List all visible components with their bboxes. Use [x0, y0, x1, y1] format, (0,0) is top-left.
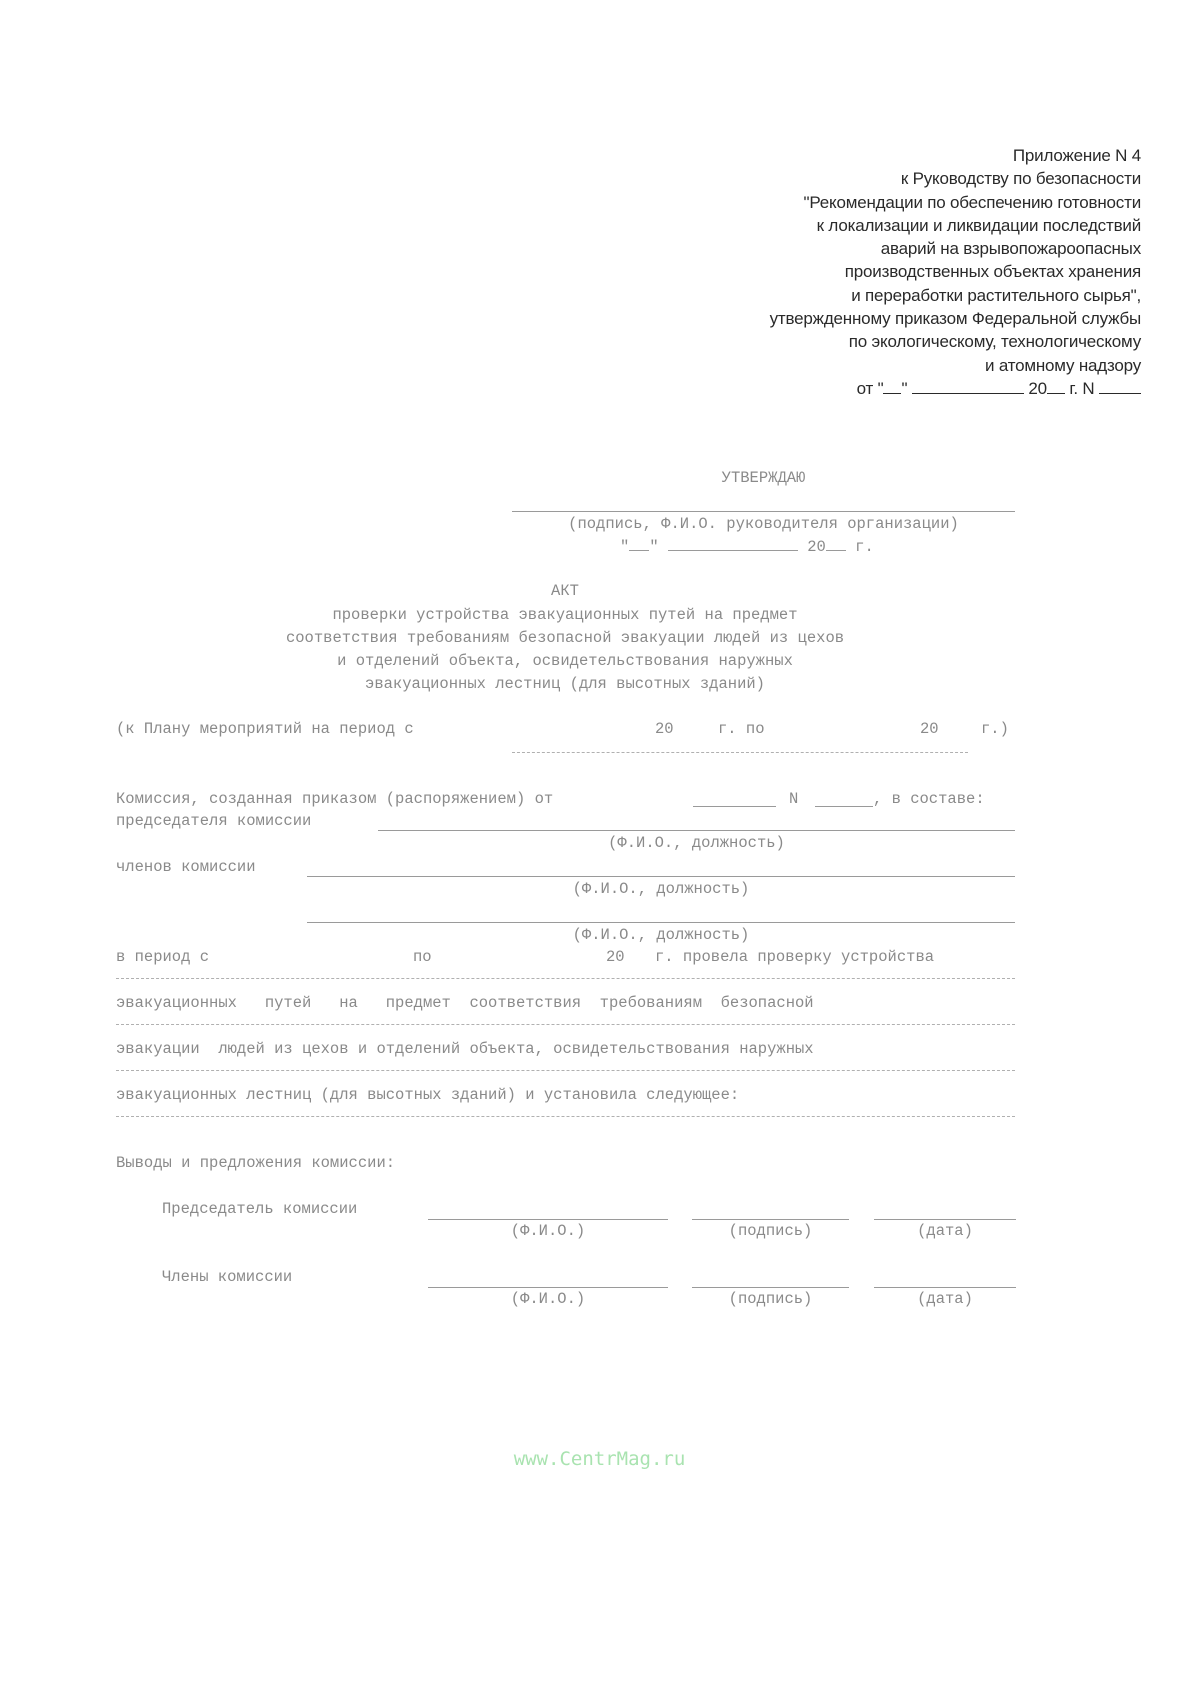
approval-signature-line[interactable] [512, 511, 1015, 512]
act-subtitle-line: и отделений объекта, освидетельствования… [0, 652, 1130, 670]
member-caption-1: (Ф.И.О., должность) [307, 880, 1015, 898]
members-label: членов комиссии [116, 858, 256, 876]
members-signature-label: Члены комиссии [162, 1268, 292, 1286]
member-name-field[interactable] [428, 1287, 668, 1288]
composition-label: , в составе: [873, 790, 985, 808]
name-caption: (Ф.И.О.) [428, 1290, 668, 1308]
dashed-rule [116, 1024, 1015, 1025]
appendix-header: Приложение N 4 к Руководству по безопасн… [581, 144, 1141, 400]
plan-mid: г. по [718, 720, 765, 738]
member-field-2[interactable] [307, 922, 1015, 923]
chairman-label: председателя комиссии [116, 812, 311, 830]
plan-period-field[interactable] [512, 752, 968, 753]
month-blank[interactable] [912, 379, 1024, 394]
period-year: 20 [606, 948, 625, 966]
approval-month-blank[interactable] [668, 538, 798, 551]
approval-title: УТВЕРЖДАЮ [512, 469, 1015, 487]
header-date-line: от "" 20 г. N [581, 377, 1141, 400]
header-line: к локализации и ликвидации последствий [581, 214, 1141, 237]
period-prefix: в период с [116, 948, 209, 966]
year-blank[interactable] [1047, 379, 1065, 394]
act-title: АКТ [0, 582, 1130, 600]
approval-signature-caption: (подпись, Ф.И.О. руководителя организаци… [505, 515, 1022, 533]
member-signature-field[interactable] [692, 1287, 849, 1288]
header-line: и переработки растительного сырья", [581, 284, 1141, 307]
date-caption: (дата) [874, 1222, 1016, 1240]
header-line: Приложение N 4 [581, 144, 1141, 167]
watermark: www.CentrMag.ru [0, 1448, 1199, 1470]
header-line: аварий на взрывопожароопасных [581, 237, 1141, 260]
member-field-1[interactable] [307, 876, 1015, 877]
signature-caption: (подпись) [692, 1222, 849, 1240]
plan-suffix: г.) [981, 720, 1009, 738]
conclusions-label: Выводы и предложения комиссии: [116, 1154, 395, 1172]
period-line-4: эвакуационных лестниц (для высотных здан… [116, 1086, 739, 1104]
dashed-rule [116, 1070, 1015, 1071]
approval-date-line: "" 20 г. [620, 538, 874, 556]
name-caption: (Ф.И.О.) [428, 1222, 668, 1240]
member-date-field[interactable] [874, 1287, 1016, 1288]
header-line: производственных объектах хранения [581, 260, 1141, 283]
chairman-date-field[interactable] [874, 1219, 1016, 1220]
chairman-signature-label: Председатель комиссии [162, 1200, 357, 1218]
member-caption-2: (Ф.И.О., должность) [307, 926, 1015, 944]
act-subtitle-line: соответствия требованиям безопасной эвак… [0, 629, 1130, 647]
order-number-label: N [789, 790, 798, 808]
order-date-blank[interactable] [693, 806, 776, 807]
period-line-3: эвакуации людей из цехов и отделений объ… [116, 1040, 814, 1058]
header-line: утвержденному приказом Федеральной служб… [581, 307, 1141, 330]
plan-prefix: (к Плану мероприятий на период с [116, 720, 414, 738]
act-subtitle-line: эвакуационных лестниц (для высотных здан… [0, 675, 1130, 693]
plan-year-1: 20 [655, 720, 674, 738]
chairman-name-field[interactable] [428, 1219, 668, 1220]
date-caption: (дата) [874, 1290, 1016, 1308]
header-line: и атомному надзору [581, 354, 1141, 377]
header-line: "Рекомендации по обеспечению готовности [581, 191, 1141, 214]
approval-year-blank[interactable] [826, 538, 846, 551]
approval-day-blank[interactable] [629, 538, 649, 551]
day-blank[interactable] [883, 379, 901, 394]
order-number-blank[interactable] [1099, 379, 1141, 394]
plan-year-2: 20 [920, 720, 939, 738]
chairman-caption: (Ф.И.О., должность) [378, 834, 1015, 852]
chairman-field[interactable] [378, 830, 1015, 831]
header-line: к Руководству по безопасности [581, 167, 1141, 190]
commission-created-by: Комиссия, созданная приказом (распоряжен… [116, 790, 553, 808]
dashed-rule [116, 1116, 1015, 1117]
order-number-field[interactable] [815, 806, 873, 807]
period-rest: г. провела проверку устройства [655, 948, 934, 966]
act-subtitle-line: проверки устройства эвакуационных путей … [0, 606, 1130, 624]
header-line: по экологическому, технологическому [581, 330, 1141, 353]
chairman-signature-field[interactable] [692, 1219, 849, 1220]
period-mid: по [413, 948, 432, 966]
period-line-2: эвакуационных путей на предмет соответст… [116, 994, 814, 1012]
dashed-rule [116, 978, 1015, 979]
signature-caption: (подпись) [692, 1290, 849, 1308]
